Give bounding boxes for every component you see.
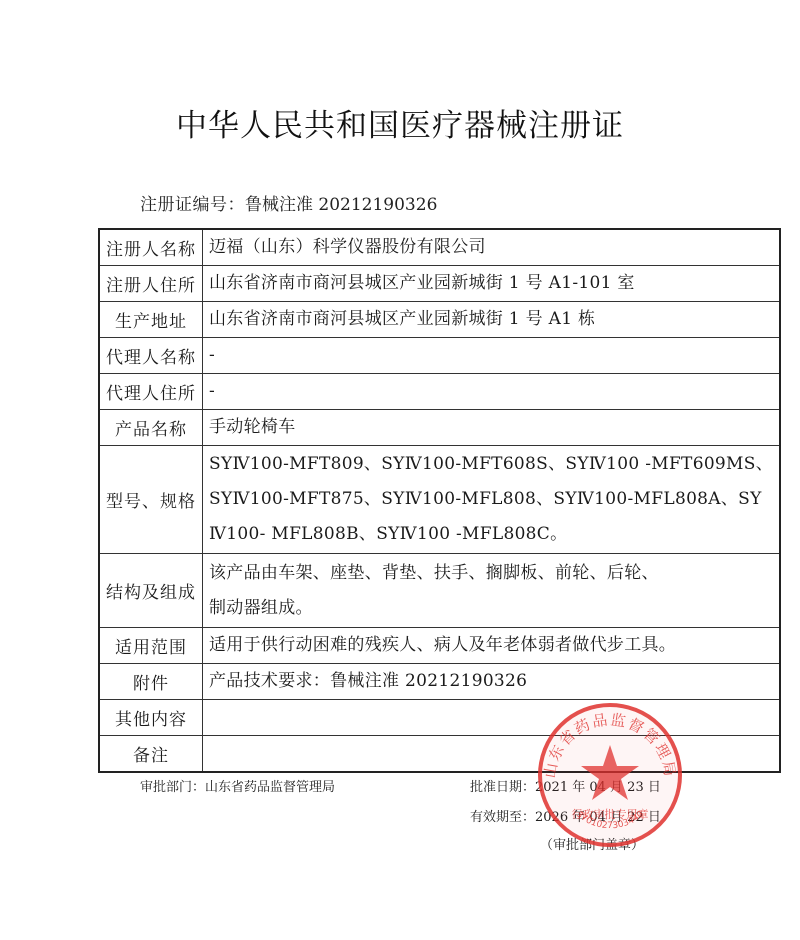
value-attachment: 产品技术要求：鲁械注准 20212190326 — [203, 664, 781, 700]
certificate-title: 中华人民共和国医疗器械注册证 — [0, 100, 800, 145]
registration-number: 注册证编号：鲁械注准 20212190326 — [140, 190, 437, 215]
value-production-address: 山东省济南市商河县城区产业园新城街 1 号 A1 栋 — [203, 302, 781, 338]
certificate-table: 注册人名称 迈福（山东）科学仪器股份有限公司 注册人住所 山东省济南市商河县城区… — [98, 228, 781, 773]
approval-date-label: 批准日期： — [470, 780, 535, 795]
label-registrant-name: 注册人名称 — [99, 229, 203, 266]
label-remarks: 备注 — [99, 736, 203, 772]
approval-department-label: 审批部门： — [140, 780, 205, 795]
row-registrant-name: 注册人名称 迈福（山东）科学仪器股份有限公司 — [99, 229, 780, 266]
value-registrant-address: 山东省济南市商河县城区产业园新城街 1 号 A1-101 室 — [203, 266, 781, 302]
row-attachment: 附件 产品技术要求：鲁械注准 20212190326 — [99, 664, 780, 700]
approval-department-value: 山东省药品监督管理局 — [205, 780, 335, 795]
label-product-name: 产品名称 — [99, 410, 203, 446]
label-other: 其他内容 — [99, 700, 203, 736]
approval-department: 审批部门：山东省药品监督管理局 — [140, 776, 335, 795]
row-model-spec: 型号、规格 SYⅣ100-MFT809、SYⅣ100-MFT608S、SYⅣ10… — [99, 446, 780, 554]
label-agent-name: 代理人名称 — [99, 338, 203, 374]
registration-number-value: 鲁械注准 20212190326 — [245, 195, 437, 215]
label-structure: 结构及组成 — [99, 554, 203, 628]
label-agent-address: 代理人住所 — [99, 374, 203, 410]
value-model-spec: SYⅣ100-MFT809、SYⅣ100-MFT608S、SYⅣ100 -MFT… — [203, 446, 781, 554]
label-registrant-address: 注册人住所 — [99, 266, 203, 302]
row-agent-name: 代理人名称 - — [99, 338, 780, 374]
row-product-name: 产品名称 手动轮椅车 — [99, 410, 780, 446]
row-scope: 适用范围 适用于供行动困难的残疾人、病人及年老体弱者做代步工具。 — [99, 628, 780, 664]
label-scope: 适用范围 — [99, 628, 203, 664]
value-remarks — [203, 736, 781, 772]
row-agent-address: 代理人住所 - — [99, 374, 780, 410]
label-attachment: 附件 — [99, 664, 203, 700]
value-product-name: 手动轮椅车 — [203, 410, 781, 446]
label-production-address: 生产地址 — [99, 302, 203, 338]
row-registrant-address: 注册人住所 山东省济南市商河县城区产业园新城街 1 号 A1-101 室 — [99, 266, 780, 302]
valid-until-label: 有效期至： — [470, 810, 535, 825]
value-registrant-name: 迈福（山东）科学仪器股份有限公司 — [203, 229, 781, 266]
value-agent-name: - — [203, 338, 781, 374]
value-scope: 适用于供行动困难的残疾人、病人及年老体弱者做代步工具。 — [203, 628, 781, 664]
registration-number-label: 注册证编号： — [140, 195, 245, 215]
row-production-address: 生产地址 山东省济南市商河县城区产业园新城街 1 号 A1 栋 — [99, 302, 780, 338]
value-agent-address: - — [203, 374, 781, 410]
value-other — [203, 700, 781, 736]
value-structure: 该产品由车架、座垫、背垫、扶手、搁脚板、前轮、后轮、 制动器组成。 — [203, 554, 781, 628]
row-structure: 结构及组成 该产品由车架、座垫、背垫、扶手、搁脚板、前轮、后轮、 制动器组成。 — [99, 554, 780, 628]
official-seal-icon: 山东省药品监督管理局 行政审批专用章 3701027303440 — [535, 700, 685, 850]
label-model-spec: 型号、规格 — [99, 446, 203, 554]
